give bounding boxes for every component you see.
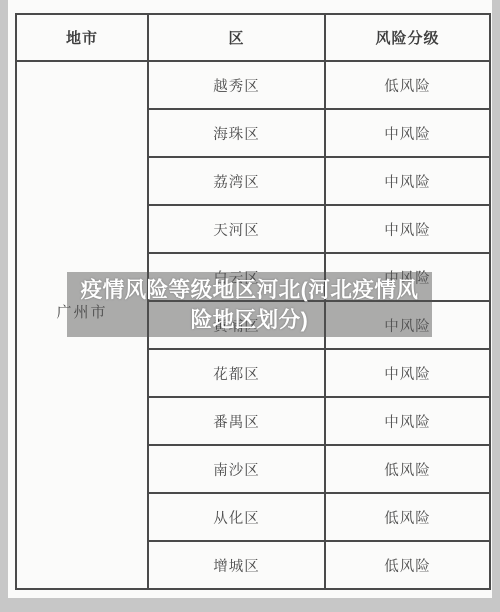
district-cell: 海珠区 [148,109,325,157]
header-district: 区 [148,14,325,61]
risk-cell: 低风险 [325,445,490,493]
district-cell: 南沙区 [148,445,325,493]
district-cell: 花都区 [148,349,325,397]
risk-cell: 中风险 [325,205,490,253]
content-page: 地市 区 风险分级 广州市 越秀区 低风险 海珠区 中风险 荔湾区 中风险 天河… [8,0,492,598]
district-cell: 番禺区 [148,397,325,445]
risk-cell: 低风险 [325,493,490,541]
risk-cell: 中风险 [325,157,490,205]
header-risk-level: 风险分级 [325,14,490,61]
screenshot-root: { "overlay": { "title_full": "疫情风险等级地区河北… [0,0,500,612]
title-overlay: 疫情风险等级地区河北(河北疫情风 险地区划分) [67,272,432,337]
risk-cell: 低风险 [325,541,490,589]
risk-cell: 中风险 [325,349,490,397]
table-row: 广州市 越秀区 低风险 [16,61,490,109]
risk-cell: 低风险 [325,61,490,109]
district-cell: 天河区 [148,205,325,253]
header-city: 地市 [16,14,148,61]
overlay-title-line1: 疫情风险等级地区河北(河北疫情风 [67,275,432,305]
overlay-title-line2: 险地区划分) [67,305,432,335]
district-cell: 越秀区 [148,61,325,109]
district-cell: 增城区 [148,541,325,589]
risk-cell: 中风险 [325,109,490,157]
table-header-row: 地市 区 风险分级 [16,14,490,61]
risk-cell: 中风险 [325,397,490,445]
district-cell: 从化区 [148,493,325,541]
district-cell: 荔湾区 [148,157,325,205]
